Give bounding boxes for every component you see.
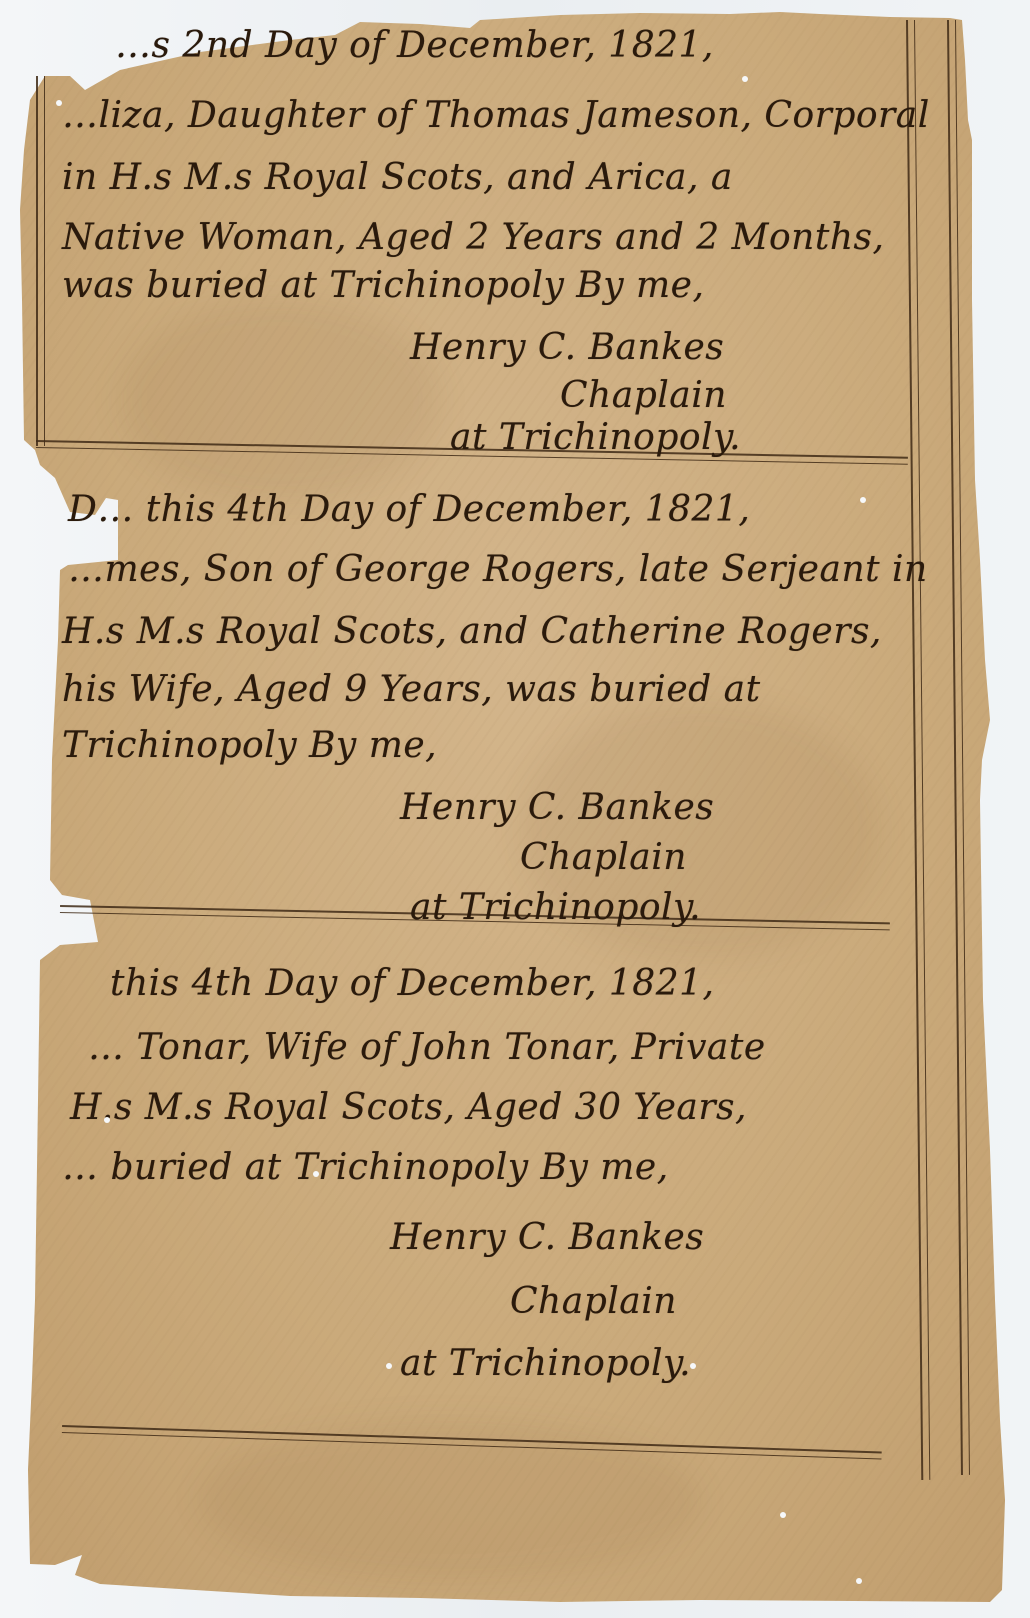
- pinhole: [690, 1363, 696, 1369]
- pinhole: [856, 1578, 862, 1584]
- pinhole: [780, 1512, 786, 1518]
- entry-line: H.s M.s Royal Scots, Aged 30 Years,: [70, 1090, 747, 1126]
- entry-line: in H.s M.s Royal Scots, and Arica, a: [62, 160, 733, 196]
- pinhole: [860, 497, 866, 503]
- chaplain-place: at Trichinopoly.: [450, 420, 741, 456]
- entry-line: …mes, Son of George Rogers, late Serjean…: [68, 552, 928, 588]
- chaplain-title: Chaplain: [560, 378, 727, 414]
- chaplain-place: at Trichinopoly.: [410, 890, 701, 926]
- entry-line: D… this 4th Day of December, 1821,: [68, 492, 750, 528]
- pinhole: [313, 1171, 319, 1177]
- scan-background: …s 2nd Day of December, 1821, …liza, Dau…: [0, 0, 1030, 1618]
- entry-line: this 4th Day of December, 1821,: [110, 966, 714, 1002]
- chaplain-signature: Henry C. Bankes: [390, 1220, 704, 1256]
- entry-line: Native Woman, Aged 2 Years and 2 Months,: [62, 220, 884, 256]
- entry-line: Trichinopoly By me,: [62, 728, 437, 764]
- entry-line: …s 2nd Day of December, 1821,: [115, 28, 714, 64]
- entry-line: …liza, Daughter of Thomas Jameson, Corpo…: [62, 98, 930, 134]
- entry-line: was buried at Trichinopoly By me,: [62, 268, 704, 304]
- paper-stain: [120, 300, 440, 500]
- pinhole: [386, 1363, 392, 1369]
- entry-line: H.s M.s Royal Scots, and Catherine Roger…: [62, 614, 882, 650]
- left-border-rule: [36, 76, 45, 446]
- pinhole: [56, 100, 62, 106]
- entry-line: … Tonar, Wife of John Tonar, Private: [88, 1030, 766, 1066]
- chaplain-signature: Henry C. Bankes: [410, 330, 724, 366]
- chaplain-title: Chaplain: [520, 840, 687, 876]
- entry-line: … buried at Trichinopoly By me,: [62, 1150, 669, 1186]
- pinhole: [104, 1117, 110, 1123]
- chaplain-place: at Trichinopoly.: [400, 1346, 691, 1382]
- chaplain-signature: Henry C. Bankes: [400, 790, 714, 826]
- pinhole: [742, 76, 748, 82]
- entry-line: his Wife, Aged 9 Years, was buried at: [62, 672, 761, 708]
- chaplain-title: Chaplain: [510, 1284, 677, 1320]
